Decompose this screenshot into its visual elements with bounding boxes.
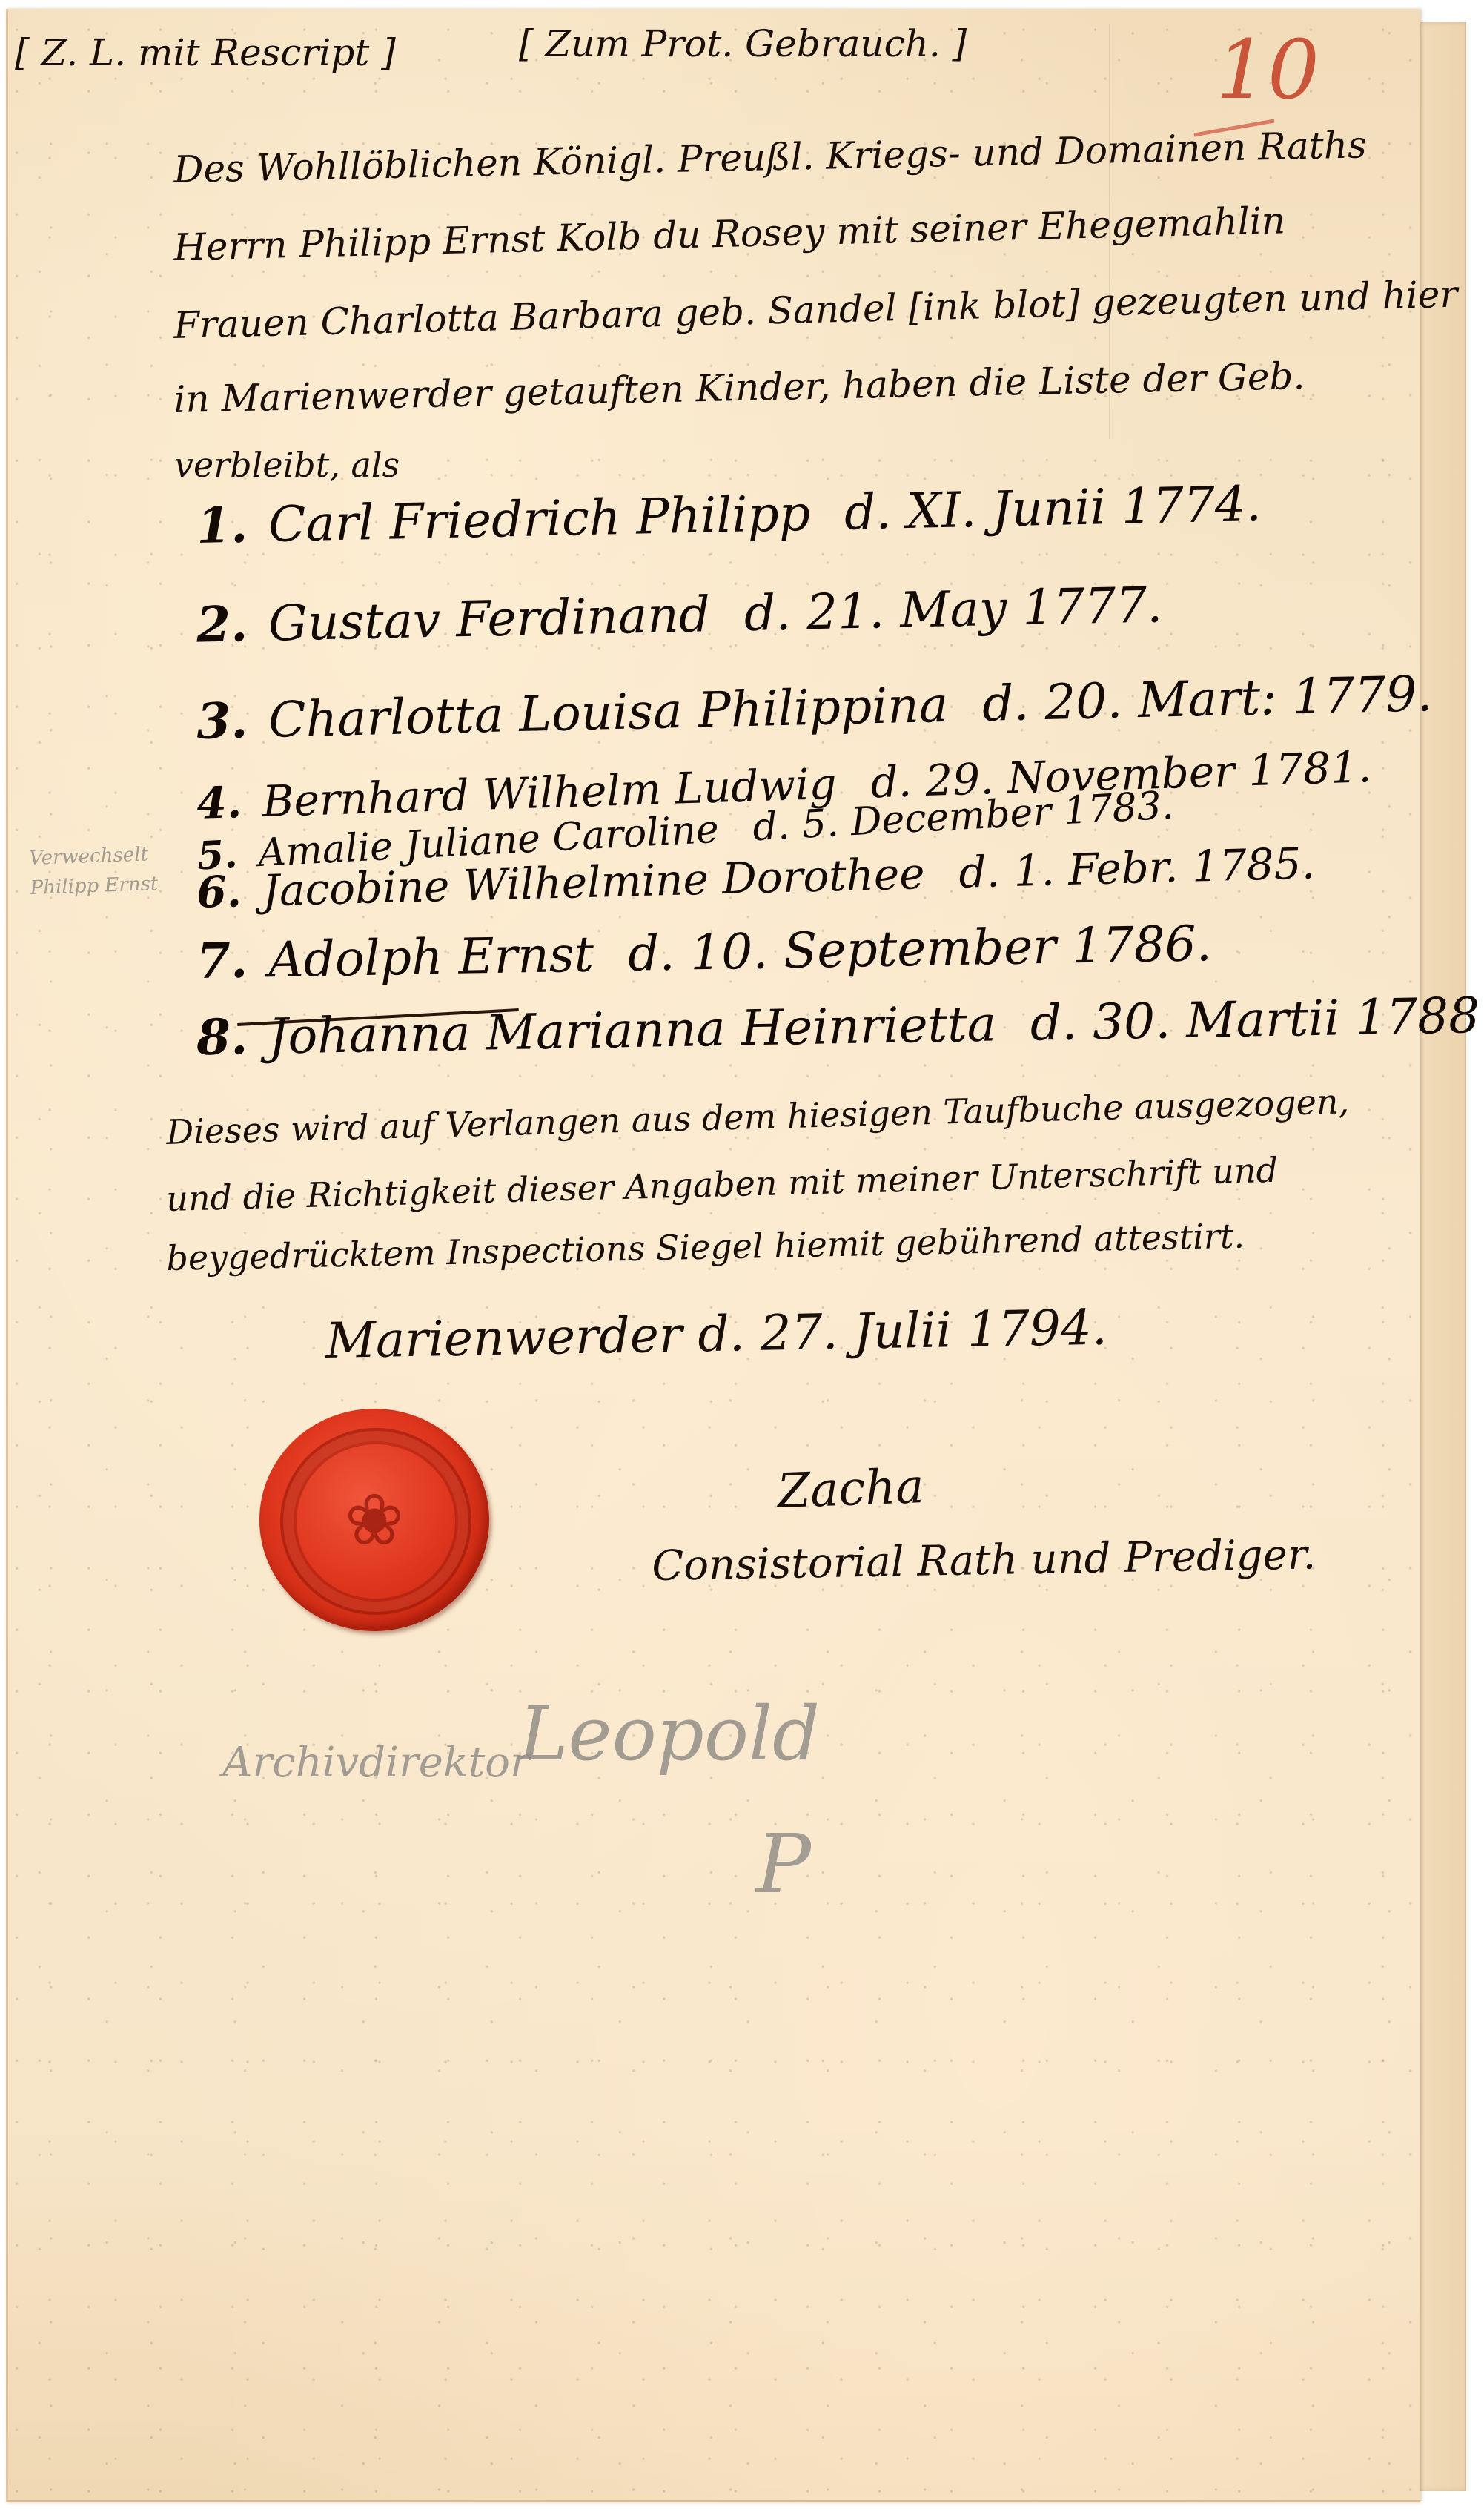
child-number: 3. <box>196 691 248 750</box>
margin-note-line: Philipp Ernst <box>30 869 159 903</box>
pencil-name-note: Leopold <box>519 1690 820 1777</box>
signature-name: Zacha <box>776 1459 924 1519</box>
child-number: 2. <box>196 595 248 653</box>
child-date: d. 20. Mart: 1779. <box>981 665 1433 733</box>
child-name: Gustav Ferdinand <box>268 586 710 652</box>
child-date: d. XI. Junii 1774. <box>844 475 1262 541</box>
child-number: 4. <box>196 777 242 829</box>
child-date: d. 21. May 1777. <box>743 576 1163 642</box>
child-name: Adolph Ernst <box>268 926 594 989</box>
child-date: d. 30. Martii 1788. <box>1030 987 1484 1052</box>
pencil-mark: P <box>756 1817 811 1911</box>
child-number: 1. <box>196 496 248 555</box>
child-name: Carl Friedrich Philipp <box>268 485 811 553</box>
archive-number: 10 <box>1216 22 1319 117</box>
child-number: 6. <box>196 866 242 918</box>
intro-line: verbleibt, als <box>174 445 400 485</box>
child-date: d. 10. September 1786. <box>627 915 1212 982</box>
wax-seal: ❀ <box>259 1409 489 1631</box>
header-center-note: [ Zum Prot. Gebrauch. ] <box>519 22 967 65</box>
child-number: 7. <box>196 931 248 990</box>
margin-note-line: Verwechselt <box>29 839 158 873</box>
margin-pencil-note: Verwechselt Philipp Ernst <box>29 839 159 903</box>
child-number: 8. <box>196 1008 248 1066</box>
header-left-note: [ Z. L. mit Rescript ] <box>15 31 396 74</box>
eagle-emblem-icon: ❀ <box>330 1475 419 1564</box>
child-date: d. 1. Febr. 1785. <box>958 838 1316 898</box>
pencil-archive-note: Archivdirektor <box>222 1739 530 1787</box>
